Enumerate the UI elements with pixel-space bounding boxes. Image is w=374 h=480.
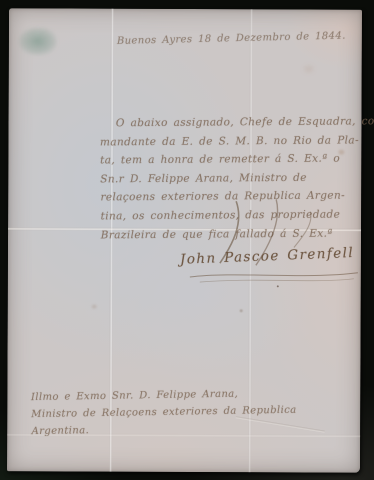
signature: John Pascoe Grenfell xyxy=(180,245,355,268)
letter-paper: Buenos Ayres 18 de Dezembro de 1844. O a… xyxy=(7,8,362,473)
body-line: Sn.r D. Felippe Arana, Ministro de xyxy=(100,168,374,189)
body-paragraph: O abaixo assignado, Chefe de Esquadra, c… xyxy=(100,112,374,244)
foxing-speck xyxy=(92,305,97,309)
dateline: Buenos Ayres 18 de Dezembro de 1844. xyxy=(117,31,346,47)
address-block: Illmo e Exmo Snr. D. Felippe Arana, Mini… xyxy=(31,385,297,440)
body-line: ta, tem a honra de remetter á S. Ex.ª o xyxy=(100,149,374,170)
foxing-speck xyxy=(304,66,314,73)
body-line: mandante da E. de S. M. B. no Rio da Pla… xyxy=(100,131,374,152)
address-line: Argentina. xyxy=(31,419,297,440)
body-line: Brazileira de que fica fallado á S. Ex.ª xyxy=(101,224,374,245)
body-line: relaçoens exteriores da Republica Argen- xyxy=(100,187,374,208)
archive-stamp xyxy=(19,27,57,55)
photo-background: Buenos Ayres 18 de Dezembro de 1844. O a… xyxy=(0,0,374,480)
signature-underline-flourish xyxy=(186,267,362,288)
body-line: tina, os conhecimentos, das propriedade xyxy=(100,205,374,226)
foxing-speck xyxy=(240,309,243,312)
body-line: O abaixo assignado, Chefe de Esquadra, c… xyxy=(100,112,374,133)
